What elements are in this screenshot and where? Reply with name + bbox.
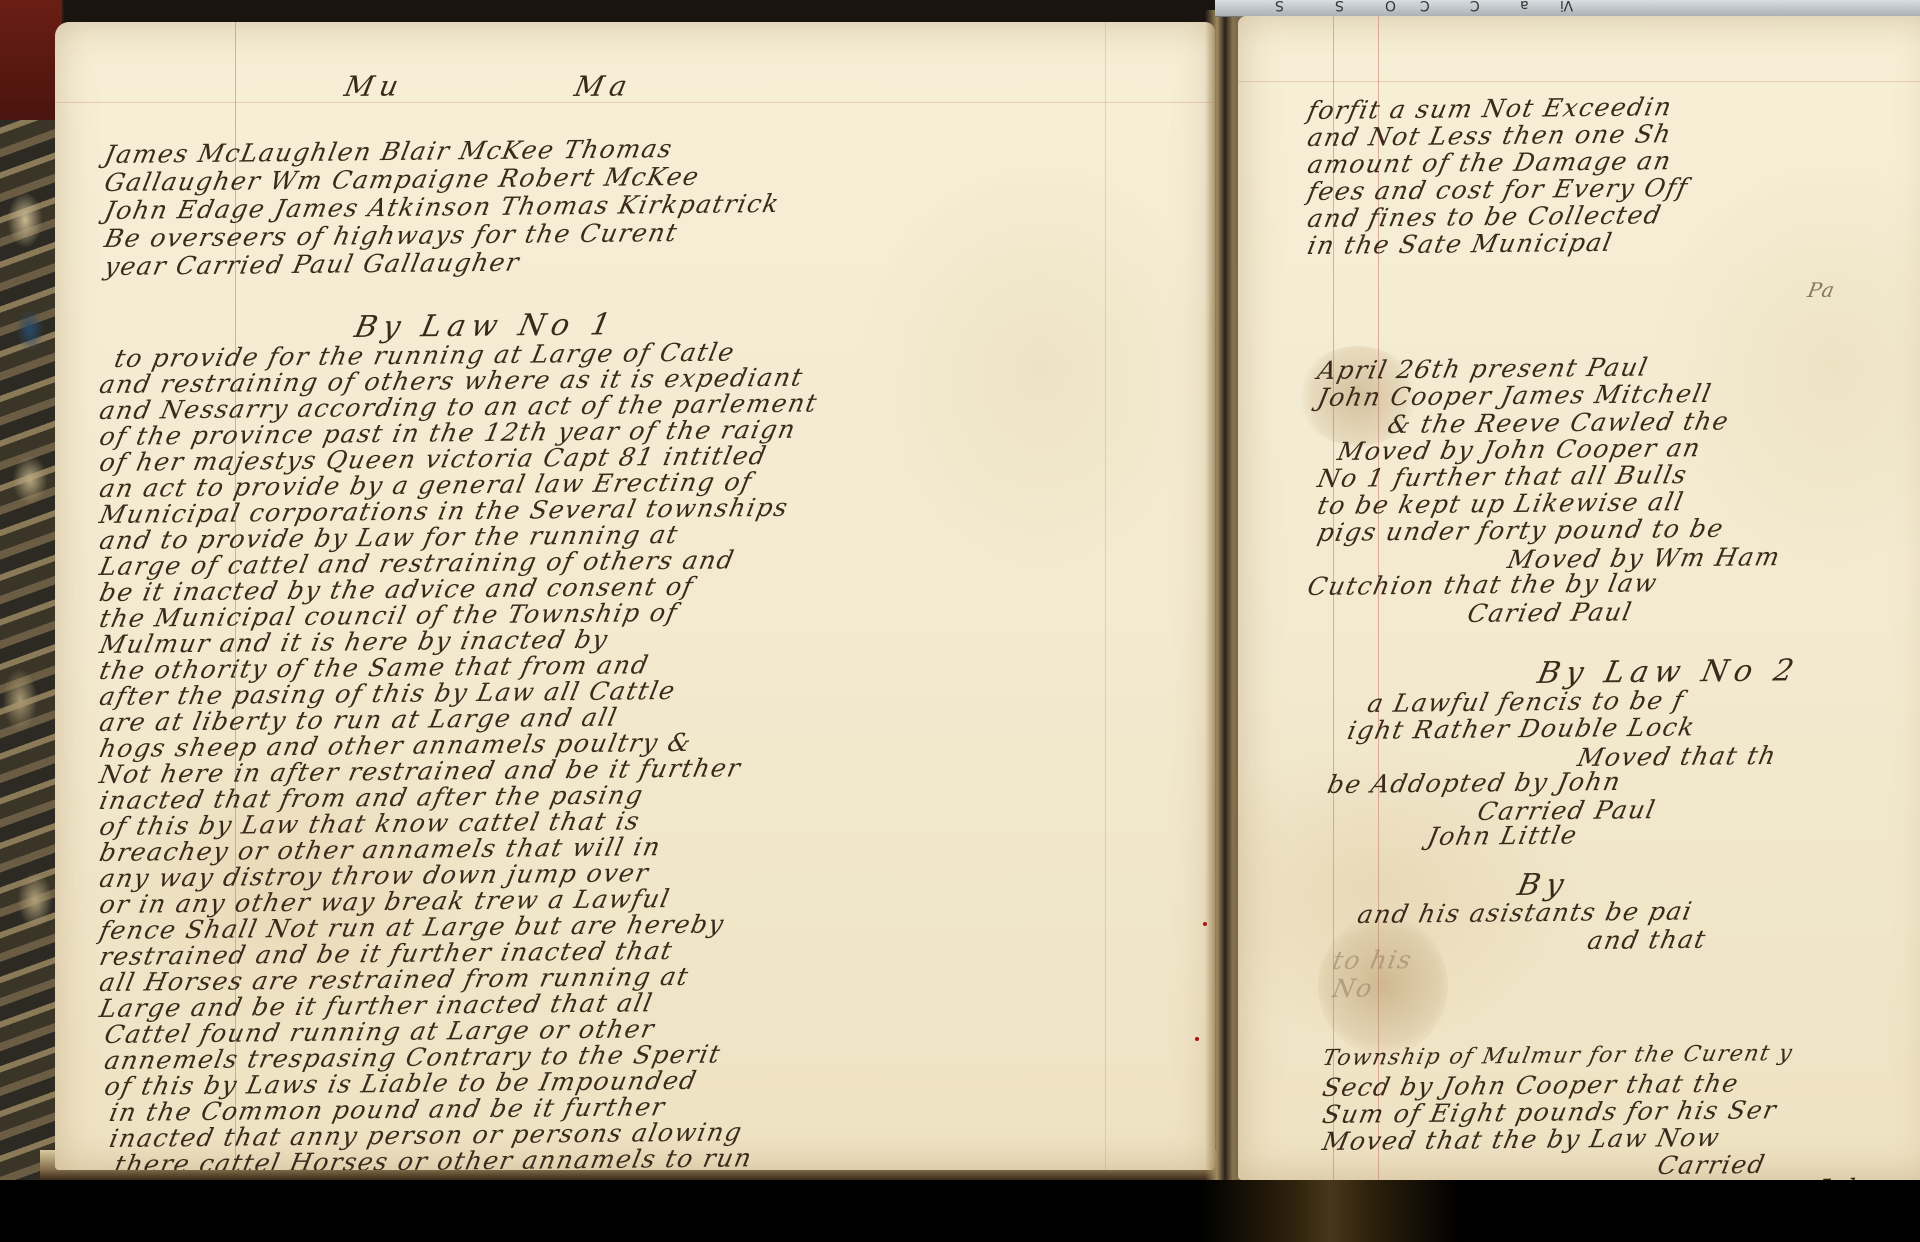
scale-ruler: S S O C C a Vi [1215,0,1920,17]
bylaw2-line: John Little [1425,820,1580,851]
ruler-glyph: Vi [1560,0,1573,13]
bylaw3-line: and that [1585,925,1709,955]
left-page: Mu Ma James McLaughlen Blair McKee Thoma… [55,22,1215,1170]
ruler-glyph: O [1385,0,1396,13]
ruler-glyph: C [1420,0,1430,13]
header-rule [55,102,1215,103]
margin-rule-right [1105,22,1106,1170]
ink-spot [1195,1037,1199,1041]
minutes-line: Be overseers of highways for the Curent [102,218,681,253]
scan-bottom-border [0,1180,1920,1242]
ruler-glyph: a [1520,0,1529,13]
bylaw3-line: and his asistants be pai [1355,897,1696,929]
meeting-line: pigs under forty pound to be [1315,514,1727,547]
bylaw2-line: be Addopted by John [1325,767,1624,799]
faded-text: to his [1330,945,1415,975]
ruler-glyph: C [1470,0,1480,13]
right-page: forfit a sum Not Exceedin and Not Less t… [1238,16,1920,1180]
meeting-line: Caried Paul [1465,597,1635,628]
scan-light-reflection [1200,1180,1460,1242]
faded-text: No [1330,974,1376,1003]
ruler-glyph: S [1335,0,1344,13]
closing-signature: John [1815,1173,1884,1180]
signature-fragment: Pa [1806,278,1838,302]
bylaw2-line: ight Rather Double Lock [1345,712,1698,745]
meeting-line: Cutchion that the by law [1305,568,1660,601]
continuation-line: in the Sate Municipal [1305,228,1615,260]
header-rule [1238,81,1920,82]
ruler-glyph: S [1275,0,1284,13]
closing-line: Carried [1655,1150,1768,1180]
closing-line: Township of Mulmur for the Curent y [1320,1041,1795,1071]
leather-spine-corner [0,0,62,120]
page-header-right: Ma [572,69,636,103]
minutes-line: year Carried Paul Gallaugher [102,248,523,281]
page-header-left: Mu [342,69,407,103]
